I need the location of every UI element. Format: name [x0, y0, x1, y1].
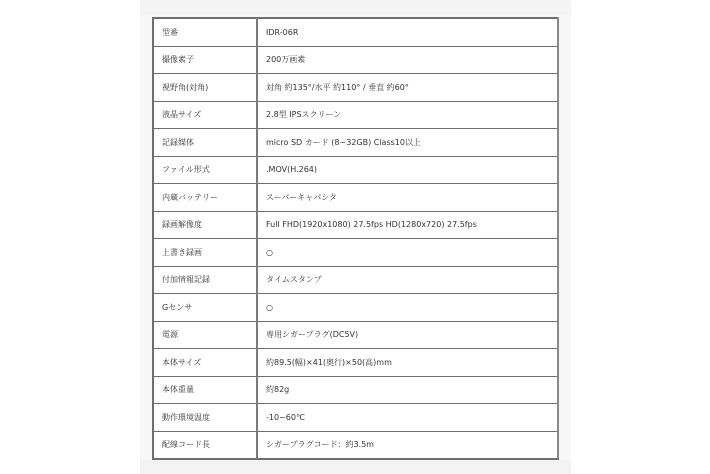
spec-label: Gセンサ — [153, 294, 257, 322]
table-row: 付加情報記録 タイムスタンプ — [153, 266, 558, 294]
spec-label: 電源 — [153, 321, 257, 349]
spec-label: 撮像素子 — [153, 46, 257, 74]
spec-label: 視野角(対角) — [153, 74, 257, 102]
table-row: 本体重量 約82g — [153, 376, 558, 404]
spec-value: Full FHD(1920x1080) 27.5fps HD(1280x720)… — [257, 211, 558, 239]
spec-value: 200万画素 — [257, 46, 558, 74]
spec-label: ファイル形式 — [153, 156, 257, 184]
spec-label: 配線コード長 — [153, 431, 257, 459]
spec-label: 本体サイズ — [153, 349, 257, 377]
table-row: 液晶サイズ 2.8型 IPSスクリーン — [153, 101, 558, 129]
table-row: 動作環境温度 -10~60℃ — [153, 404, 558, 432]
spec-value: 約82g — [257, 376, 558, 404]
spec-label: 動作環境温度 — [153, 404, 257, 432]
spec-value: 2.8型 IPSスクリーン — [257, 101, 558, 129]
spec-value: 専用シガープラグ(DC5V) — [257, 321, 558, 349]
table-row: ファイル形式 .MOV(H.264) — [153, 156, 558, 184]
spec-value: ○ — [257, 239, 558, 267]
spec-value: タイムスタンプ — [257, 266, 558, 294]
table-row: Gセンサ ○ — [153, 294, 558, 322]
spec-label: 上書き録画 — [153, 239, 257, 267]
page: 型番 IDR-06R 撮像素子 200万画素 視野角(対角) 対角 約135°/… — [0, 0, 710, 474]
table-row: 記録媒体 micro SD カード (8~32GB) Class10以上 — [153, 129, 558, 157]
spec-label: 本体重量 — [153, 376, 257, 404]
spec-value: ○ — [257, 294, 558, 322]
spec-label: 型番 — [153, 18, 257, 46]
spec-value: シガープラグコード：約3.5m — [257, 431, 558, 459]
table-row: 型番 IDR-06R — [153, 18, 558, 46]
panel-top-strip — [140, 0, 571, 15]
table-row: 内蔵バッテリー スーパーキャパシタ — [153, 184, 558, 212]
spec-label: 内蔵バッテリー — [153, 184, 257, 212]
table-row: 上書き録画 ○ — [153, 239, 558, 267]
table-row: 本体サイズ 約89.5(幅)×41(奥行)×50(高)mm — [153, 349, 558, 377]
table-row: 録画解像度 Full FHD(1920x1080) 27.5fps HD(128… — [153, 211, 558, 239]
table-row: 視野角(対角) 対角 約135°/水平 約110° / 垂直 約60° — [153, 74, 558, 102]
spec-label: 付加情報記録 — [153, 266, 257, 294]
spec-value: IDR-06R — [257, 18, 558, 46]
spec-value: micro SD カード (8~32GB) Class10以上 — [257, 129, 558, 157]
spec-value: 対角 約135°/水平 約110° / 垂直 約60° — [257, 74, 558, 102]
spec-label: 録画解像度 — [153, 211, 257, 239]
spec-table-container: 型番 IDR-06R 撮像素子 200万画素 視野角(対角) 対角 約135°/… — [152, 17, 559, 460]
table-row: 撮像素子 200万画素 — [153, 46, 558, 74]
spec-value: -10~60℃ — [257, 404, 558, 432]
spec-table: 型番 IDR-06R 撮像素子 200万画素 視野角(対角) 対角 約135°/… — [152, 17, 559, 460]
panel-bottom-band — [140, 460, 571, 474]
spec-value: スーパーキャパシタ — [257, 184, 558, 212]
spec-label: 液晶サイズ — [153, 101, 257, 129]
spec-value: 約89.5(幅)×41(奥行)×50(高)mm — [257, 349, 558, 377]
table-row: 配線コード長 シガープラグコード：約3.5m — [153, 431, 558, 459]
spec-label: 記録媒体 — [153, 129, 257, 157]
table-row: 電源 専用シガープラグ(DC5V) — [153, 321, 558, 349]
spec-value: .MOV(H.264) — [257, 156, 558, 184]
